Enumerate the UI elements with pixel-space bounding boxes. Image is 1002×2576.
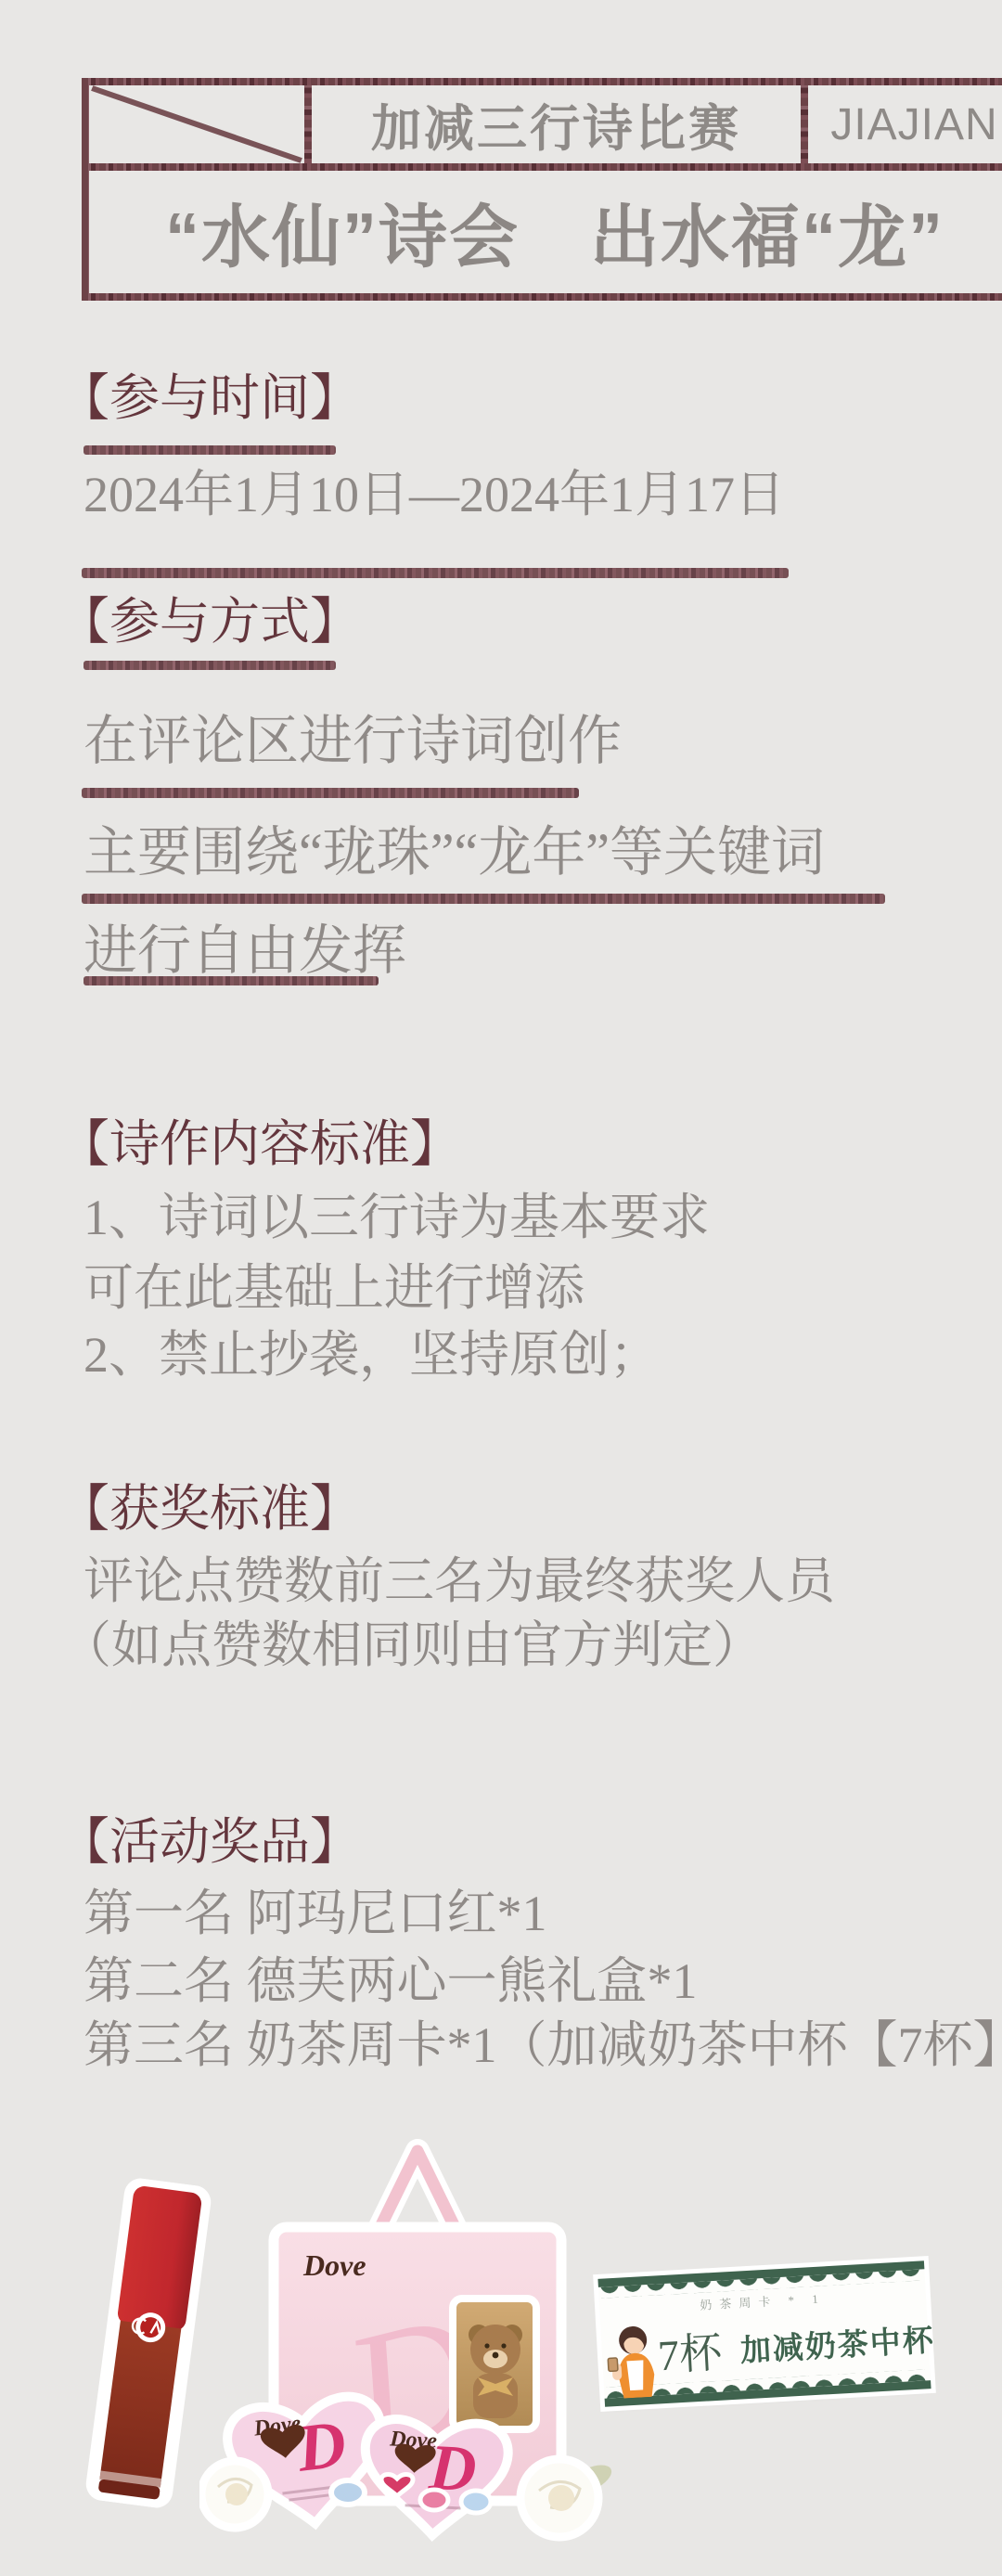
coupon-content: 7杯 加减奶茶中杯 bbox=[656, 2302, 923, 2389]
section-heading-method: 【参与方式】 bbox=[59, 597, 360, 647]
petal-d-motif: D bbox=[292, 2406, 350, 2486]
diagonal-line-icon bbox=[89, 85, 304, 163]
logo-cell bbox=[89, 85, 304, 163]
award-rule-2: （如点赞数相同则由官方判定） bbox=[61, 1620, 763, 1670]
girl-illustration bbox=[602, 2318, 662, 2399]
competition-name: 加减三行诗比赛 bbox=[371, 89, 741, 161]
section-divider bbox=[82, 788, 579, 798]
section-divider bbox=[82, 568, 789, 578]
coupon-quantity: 7杯 bbox=[656, 2319, 724, 2384]
content-rule-3: 2、禁止抄袭，坚持原创； bbox=[83, 1330, 660, 1380]
page-title: “水仙”诗会 出水福“龙” bbox=[165, 183, 944, 281]
dove-gift-svg: D Dove Dove D Dove D bbox=[199, 2134, 636, 2570]
coupon-description: 加减奶茶中杯 bbox=[739, 2315, 936, 2370]
title-box: “水仙”诗会 出水福“龙” bbox=[82, 163, 1002, 301]
bubble-tea-cup-icon bbox=[729, 2325, 732, 2372]
content-rule-1: 1、诗词以三行诗为基本要求 bbox=[83, 1192, 710, 1243]
heading-underline bbox=[83, 976, 379, 985]
gift-box-graphic: D Dove Dove D Dove D bbox=[199, 2134, 636, 2570]
section-heading-award-rules: 【获奖标准】 bbox=[59, 1484, 360, 1534]
heading-underline bbox=[83, 661, 336, 670]
brand-en-cell: JIAJIAN bbox=[801, 85, 1002, 163]
milk-tea-coupon: 奶茶周卡 * 1 7杯 加减奶茶中杯 bbox=[597, 2260, 931, 2406]
rose-left-icon bbox=[201, 2461, 268, 2528]
content-rule-2: 可在此基础上进行增添 bbox=[83, 1263, 584, 1313]
prize-line-3: 第三名 奶茶周卡*1（加减奶茶中杯【7杯】 bbox=[83, 2020, 1002, 2070]
heading-underline bbox=[83, 445, 336, 455]
poster: { "colors": { "background": "#e8e7e5", "… bbox=[0, 0, 1002, 2576]
header-bar: 加减三行诗比赛 JIAJIAN bbox=[82, 78, 1002, 171]
prize-line-2: 第二名 德芙两心一熊礼盒*1 bbox=[83, 1956, 698, 2006]
rose-right-icon bbox=[520, 2459, 616, 2537]
time-range: 2024年1月10日—2024年1月17日 bbox=[83, 470, 785, 520]
section-divider bbox=[82, 894, 885, 904]
prize-line-1: 第一名 阿玛尼口红*1 bbox=[83, 1888, 547, 1938]
method-line-2: 主要围绕“珑珠”“龙年”等关键词 bbox=[83, 826, 825, 880]
method-line-1: 在评论区进行诗词创作 bbox=[83, 715, 622, 768]
dove-logo-bag: Dove bbox=[302, 2248, 366, 2282]
award-rule-1: 评论点赞数前三名为最终获奖人员 bbox=[83, 1556, 835, 1606]
brand-en: JIAJIAN bbox=[830, 99, 997, 150]
section-heading-content-rules: 【诗作内容标准】 bbox=[59, 1119, 460, 1169]
header-frame: 加减三行诗比赛 JIAJIAN “水仙”诗会 出水福“龙” bbox=[82, 78, 1002, 301]
method-line-3: 进行自由发挥 bbox=[83, 924, 406, 978]
section-heading-time: 【参与时间】 bbox=[59, 373, 360, 423]
teddy-bear-icon bbox=[453, 2299, 536, 2429]
competition-name-cell: 加减三行诗比赛 bbox=[304, 85, 801, 163]
section-heading-prizes: 【活动奖品】 bbox=[59, 1817, 360, 1867]
coupon-scallop-top bbox=[597, 2260, 924, 2287]
